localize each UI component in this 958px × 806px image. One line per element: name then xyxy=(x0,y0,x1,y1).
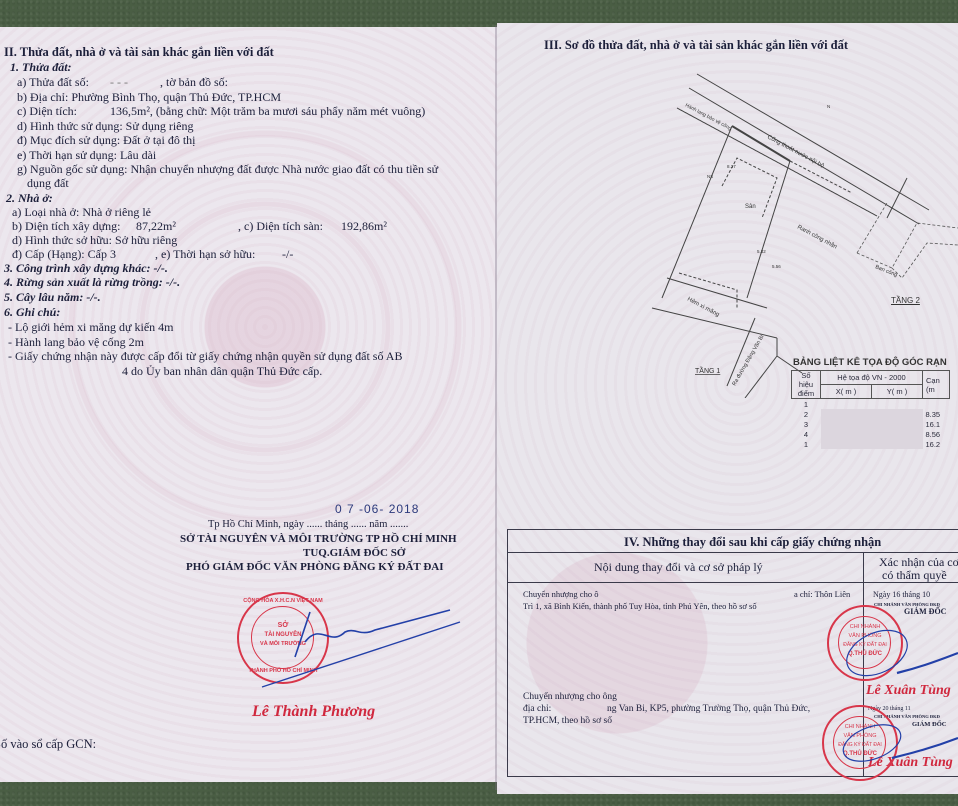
land-use-term: e) Thời hạn sử dụng: Lâu dài xyxy=(17,148,156,162)
svg-text:Ra đường Đặng Văn Bi: Ra đường Đặng Văn Bi xyxy=(732,334,766,387)
land-area-value: 136,5m², (bằng chữ: Một trăm ba mươi sáu… xyxy=(110,104,425,118)
note-line: - Lộ giới hẻm xi măng dự kiến 4m xyxy=(8,320,174,334)
land-map-sheet-label: , tờ bản đồ số: xyxy=(160,75,228,89)
land-parcel-number-label: a) Thửa đất số: xyxy=(17,75,89,89)
col-confirm-header-2: có thẩm quyề xyxy=(882,568,947,582)
coord-table-title: BẢNG LIỆT KÊ TỌA ĐỘ GÓC RẠN xyxy=(793,356,947,370)
land-heading: 1. Thửa đất: xyxy=(10,60,72,74)
svg-text:Hẻm xi măng: Hẻm xi măng xyxy=(686,296,720,318)
land-area-label: c) Diện tích: xyxy=(17,104,77,118)
authority-delegation: TUQ.GIÁM ĐỐC SỞ xyxy=(303,546,405,560)
land-origin-cont: dụng đất xyxy=(27,176,69,190)
floor2-label: TẦNG 2 xyxy=(891,294,920,308)
coordinate-table: Số hiệu điểm Hệ tọa độ VN - 2000 Cạn (m … xyxy=(791,370,950,449)
house-term-label: , e) Thời hạn sở hữu: xyxy=(155,247,255,261)
branch-signatures xyxy=(837,613,958,783)
coord-row: 28.35 xyxy=(792,409,950,419)
coord-row: 116.2 xyxy=(792,439,950,449)
other-construction: 3. Công trình xây dựng khác: -/-. xyxy=(4,261,168,275)
change-entry-1-address: a chỉ: Thôn Liên xyxy=(794,587,850,601)
notes-heading: 6. Ghi chú: xyxy=(4,305,60,319)
issue-date-stamp: 0 7 -06- 2018 xyxy=(335,502,419,516)
svg-text:5.56: 5.56 xyxy=(772,264,781,269)
land-use-purpose: đ) Mục đích sử dụng: Đất ở tại đô thị xyxy=(17,133,196,147)
svg-text:TẦNG 1: TẦNG 1 xyxy=(695,365,720,375)
svg-text:Sân: Sân xyxy=(745,204,756,210)
svg-text:Ranh công nhận: Ranh công nhận xyxy=(796,224,838,250)
col-confirm-header: Xác nhận của cơ xyxy=(879,555,958,569)
planted-forest: 4. Rừng sản xuất là rừng trồng: -/-. xyxy=(4,275,180,289)
svg-text:8.27: 8.27 xyxy=(727,164,736,169)
col-content-header: Nội dung thay đổi và cơ sở pháp lý xyxy=(594,560,763,574)
land-parcel-number-value: - - - xyxy=(110,75,128,89)
coord-row: 48.56 xyxy=(792,429,950,439)
svg-text:Ban công: Ban công xyxy=(874,264,898,278)
svg-text:Hành lang bảo vệ cống: Hành lang bảo vệ cống xyxy=(684,102,732,132)
house-type: a) Loại nhà ở: Nhà ở riêng lẻ xyxy=(12,205,151,219)
house-build-area-value: 87,22m² xyxy=(136,219,176,233)
coord-row: 316.1 xyxy=(792,419,950,429)
svg-text:5.32: 5.32 xyxy=(757,249,766,254)
land-address: b) Địa chỉ: Phường Bình Thọ, quận Thủ Đứ… xyxy=(17,90,281,104)
authority-title: PHÓ GIÁM ĐỐC VĂN PHÒNG ĐĂNG KÝ ĐẤT ĐAI xyxy=(186,560,444,574)
note-line: 4 do Ủy ban nhân dân quận Thủ Đức cấp. xyxy=(122,364,322,378)
note-line: - Giấy chứng nhận này được cấp đổi từ gi… xyxy=(8,349,402,363)
certificate-right-page: III. Sơ đồ thửa đất, nhà ở và tài sản kh… xyxy=(497,23,958,794)
house-grade: đ) Cấp (Hạng): Cấp 3 xyxy=(12,247,116,261)
house-floor-area-value: 192,86m² xyxy=(341,219,387,233)
house-heading: 2. Nhà ở: xyxy=(6,191,53,205)
svg-text:N: N xyxy=(827,104,830,109)
section-iii-title: III. Sơ đồ thửa đất, nhà ở và tài sản kh… xyxy=(544,38,848,52)
place-date-line: Tp Hồ Chí Minh, ngày ...... tháng ......… xyxy=(208,518,408,532)
land-origin: g) Nguồn gốc sử dụng: Nhận chuyển nhượng… xyxy=(17,162,438,176)
change-entry-2-address: ng Van Bi, KP5, phường Trường Thọ, quận … xyxy=(607,702,810,716)
signature-mark xyxy=(250,602,470,692)
house-build-area-label: b) Diện tích xây dựng: xyxy=(12,219,120,233)
change-entry-2-line3: TP.HCM, theo hồ sơ số xyxy=(523,714,612,728)
changes-title: IV. Những thay đổi sau khi cấp giấy chứn… xyxy=(624,535,881,549)
note-line: - Hành lang bảo vệ cống 2m xyxy=(8,335,144,349)
issuing-authority: SỞ TÀI NGUYÊN VÀ MÔI TRƯỜNG TP HỒ CHÍ MI… xyxy=(180,532,457,546)
house-ownership: d) Hình thức sở hữu: Sở hữu riêng xyxy=(12,233,177,247)
certificate-left-page: II. Thửa đất, nhà ở và tài sản khác gắn … xyxy=(0,27,497,782)
signer-name: Lê Thành Phương xyxy=(252,705,375,719)
change-entry-1-line2: Trì 1, xã Bình Kiến, thành phố Tuy Hòa, … xyxy=(523,599,757,613)
land-use-form: d) Hình thức sử dụng: Sử dụng riêng xyxy=(17,119,194,133)
section-ii-title: II. Thửa đất, nhà ở và tài sản khác gắn … xyxy=(4,45,274,59)
register-number-label: Số vào sổ cấp GCN: xyxy=(0,737,96,751)
coord-row: 1 xyxy=(792,399,950,410)
house-floor-area-label: , c) Diện tích sàn: xyxy=(238,219,323,233)
house-term-value: -/- xyxy=(282,247,293,261)
svg-text:NS: NS xyxy=(707,174,713,179)
perennial-trees: 5. Cây lâu năm: -/-. xyxy=(4,290,101,304)
